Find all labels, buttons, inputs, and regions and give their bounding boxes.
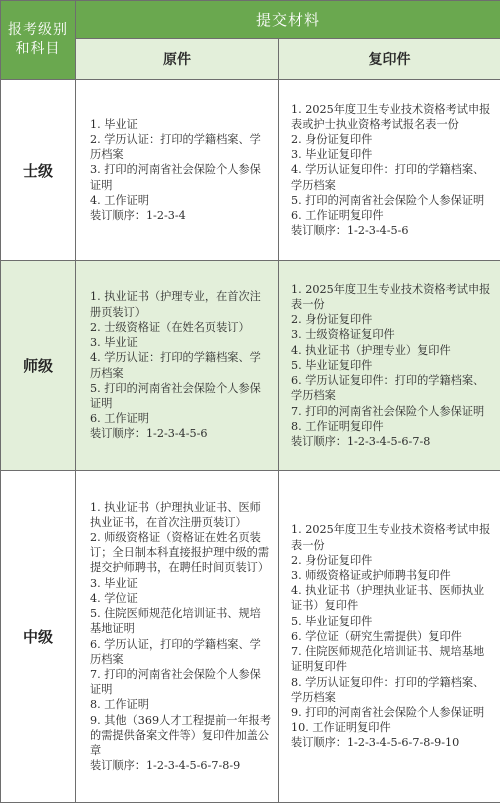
list-item: 1. 执业证书（护理执业证书、医师执业证书，在首次注册页装订）	[90, 500, 272, 530]
list-item: 8. 工作证明复印件	[291, 419, 494, 434]
list-item: 2. 学历认证：打印的学籍档案、学历档案	[90, 132, 272, 162]
list-item: 10. 工作证明复印件	[291, 720, 494, 735]
binding-order: 装订顺序：1-2-3-4	[90, 208, 272, 223]
list-item: 9. 打印的河南省社会保险个人参保证明	[291, 705, 494, 720]
list-item: 3. 毕业证复印件	[291, 147, 494, 162]
list-item: 4. 学历认证：打印的学籍档案、学历档案	[90, 350, 272, 380]
list-item: 8. 学历认证复印件：打印的学籍档案、学历档案	[291, 675, 494, 705]
list-item: 5. 打印的河南省社会保险个人参保证明	[90, 381, 272, 411]
list-item: 2. 身份证复印件	[291, 312, 494, 327]
list-item: 1. 执业证书（护理专业，在首次注册页装订）	[90, 289, 272, 319]
list-item: 1. 2025年度卫生专业技术资格考试申报表一份	[291, 282, 494, 312]
header-original: 原件	[76, 39, 279, 80]
header-level-line2: 和科目	[1, 40, 75, 59]
level-cell: 中级	[1, 471, 76, 803]
list-item: 3. 毕业证	[90, 335, 272, 350]
original-cell: 1. 执业证书（护理专业，在首次注册页装订） 2. 士级资格证（在姓名页装订） …	[76, 261, 279, 471]
list-item: 6. 工作证明	[90, 411, 272, 426]
list-item: 2. 身份证复印件	[291, 132, 494, 147]
list-item: 7. 打印的河南省社会保险个人参保证明	[90, 667, 272, 697]
list-item: 7. 住院医师规范化培训证书、规培基地证明复印件	[291, 644, 494, 674]
list-item: 8. 工作证明	[90, 697, 272, 712]
list-item: 3. 毕业证	[90, 576, 272, 591]
list-item: 1. 2025年度卫生专业技术资格考试申报表一份	[291, 522, 494, 552]
binding-order: 装订顺序：1-2-3-4-5-6	[291, 223, 494, 238]
copy-cell: 1. 2025年度卫生专业技术资格考试申报表一份 2. 身份证复印件 3. 士级…	[279, 261, 500, 471]
original-cell: 1. 毕业证 2. 学历认证：打印的学籍档案、学历档案 3. 打印的河南省社会保…	[76, 80, 279, 261]
header-level-subject: 报考级别 和科目	[1, 1, 76, 80]
list-item: 5. 毕业证复印件	[291, 358, 494, 373]
binding-order: 装订顺序：1-2-3-4-5-6-7-8	[291, 434, 494, 449]
header-level-line1: 报考级别	[1, 21, 75, 40]
list-item: 5. 住院医师规范化培训证书、规培基地证明	[90, 606, 272, 636]
list-item: 3. 师级资格证或护师聘书复印件	[291, 568, 494, 583]
list-item: 3. 打印的河南省社会保险个人参保证明	[90, 162, 272, 192]
list-item: 9. 其他（369人才工程提前一年报考的需提供备案文件等）复印件加盖公章	[90, 713, 272, 759]
list-item: 2. 士级资格证（在姓名页装订）	[90, 320, 272, 335]
list-item: 4. 学位证	[90, 591, 272, 606]
header-row-sub: 原件 复印件	[1, 39, 500, 80]
materials-table: 报考级别 和科目 提交材料 原件 复印件 士级 1. 毕业证 2. 学历认证：打…	[0, 0, 500, 803]
list-item: 6. 工作证明复印件	[291, 208, 494, 223]
list-item: 5. 打印的河南省社会保险个人参保证明	[291, 193, 494, 208]
copy-cell: 1. 2025年度卫生专业技术资格考试申报表一份 2. 身份证复印件 3. 师级…	[279, 471, 500, 803]
list-item: 4. 工作证明	[90, 193, 272, 208]
list-item: 4. 执业证书（护理执业证书、医师执业证书）复印件	[291, 583, 494, 613]
binding-order: 装订顺序：1-2-3-4-5-6	[90, 426, 272, 441]
list-item: 2. 师级资格证（资格证在姓名页装订；全日制本科直接报护理中级的需提交护师聘书，…	[90, 530, 272, 576]
list-item: 3. 士级资格证复印件	[291, 327, 494, 342]
header-copy: 复印件	[279, 39, 500, 80]
list-item: 1. 毕业证	[90, 117, 272, 132]
level-cell: 师级	[1, 261, 76, 471]
binding-order: 装订顺序：1-2-3-4-5-6-7-8-9	[90, 758, 272, 773]
list-item: 4. 执业证书（护理专业）复印件	[291, 343, 494, 358]
level-cell: 士级	[1, 80, 76, 261]
list-item: 7. 打印的河南省社会保险个人参保证明	[291, 404, 494, 419]
header-materials: 提交材料	[76, 1, 500, 39]
table-row-intermediate-practitioner: 师级 1. 执业证书（护理专业，在首次注册页装订） 2. 士级资格证（在姓名页装…	[1, 261, 500, 471]
table-row-intermediate: 中级 1. 执业证书（护理执业证书、医师执业证书，在首次注册页装订） 2. 师级…	[1, 471, 500, 803]
original-cell: 1. 执业证书（护理执业证书、医师执业证书，在首次注册页装订） 2. 师级资格证…	[76, 471, 279, 803]
copy-cell: 1. 2025年度卫生专业技术资格考试申报表或护士执业资格考试报名表一份 2. …	[279, 80, 500, 261]
list-item: 2. 身份证复印件	[291, 553, 494, 568]
list-item: 4. 学历认证复印件：打印的学籍档案、学历档案	[291, 162, 494, 192]
header-row-top: 报考级别 和科目 提交材料	[1, 1, 500, 39]
binding-order: 装订顺序：1-2-3-4-5-6-7-8-9-10	[291, 735, 494, 750]
list-item: 1. 2025年度卫生专业技术资格考试申报表或护士执业资格考试报名表一份	[291, 102, 494, 132]
list-item: 5. 毕业证复印件	[291, 614, 494, 629]
list-item: 6. 学历认证复印件：打印的学籍档案、学历档案	[291, 373, 494, 403]
list-item: 6. 学历认证，打印的学籍档案、学历档案	[90, 637, 272, 667]
list-item: 6. 学位证（研究生需提供）复印件	[291, 629, 494, 644]
table-row-junior: 士级 1. 毕业证 2. 学历认证：打印的学籍档案、学历档案 3. 打印的河南省…	[1, 80, 500, 261]
